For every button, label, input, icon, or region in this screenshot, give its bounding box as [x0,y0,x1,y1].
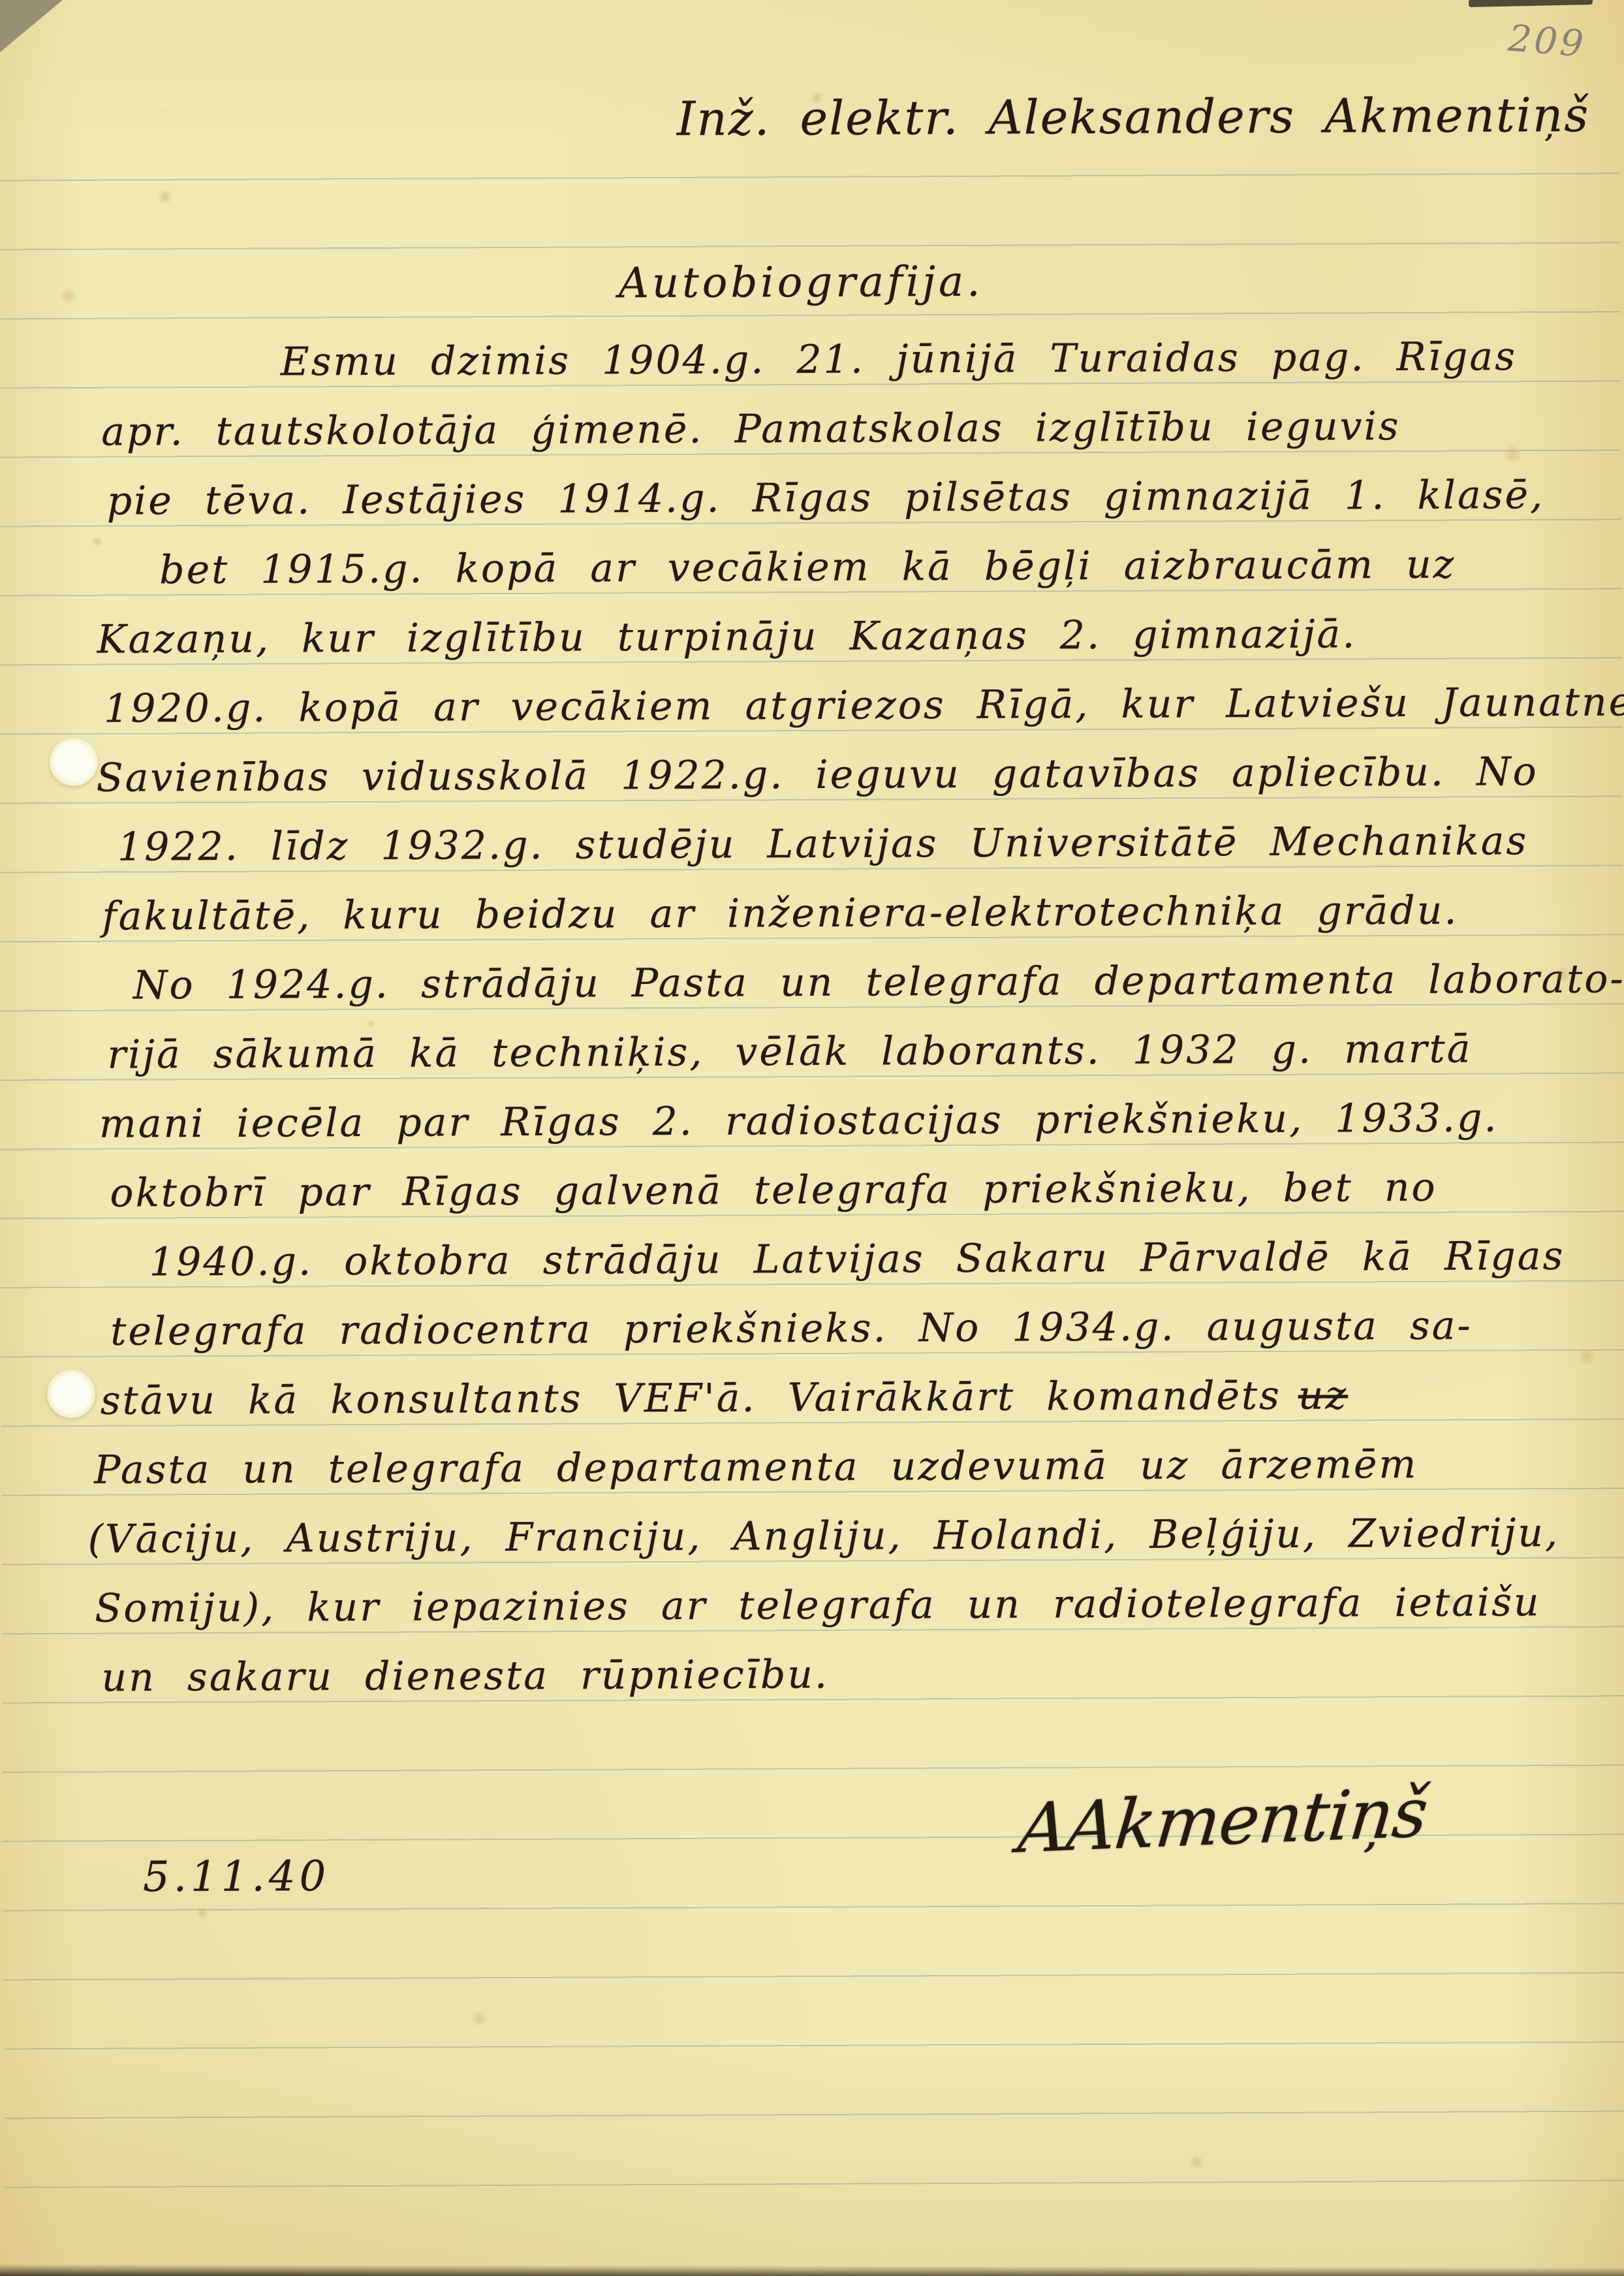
handwriting-line: pie tēva. Iestājies 1914.g. Rīgas pilsēt… [107,472,1545,524]
folded-corner [0,0,63,52]
scanned-document-page: 209 Inž. elektr. Aleksanders Akmentiņš A… [0,0,1624,2276]
handwriting-line: apr. tautskolotāja ģimenē. Pamatskolas i… [101,403,1401,455]
handwriting-line: mani iecēla par Rīgas 2. radiostacijas p… [99,1095,1499,1146]
handwriting-line: oktobrī par Rīgas galvenā telegrafa prie… [110,1165,1437,1216]
handwriting-line: 1922. līdz 1932.g. studēju Latvijas Univ… [117,818,1529,870]
author-header: Inž. elektr. Aleksanders Akmentiņš [677,92,1590,142]
handwriting-line: bet 1915.g. kopā ar vecākiem kā bēgļi ai… [159,542,1456,593]
handwriting-line: Savienības vidusskolā 1922.g. ieguvu gat… [96,749,1538,801]
handwriting-line: Kazaņu, kur izglītību turpināju Kazaņas … [97,611,1357,662]
handwriting-line: 1920.g. kopā ar vecākiem atgriezos Rīgā,… [104,679,1624,731]
handwriting-line: un sakaru dienesta rūpniecību. [101,1652,829,1701]
signature: AAkmentiņš [1016,1790,1429,1852]
document-title: Autobiografija. [619,259,984,306]
handwriting-line: No 1924.g. strādāju Pasta un telegrafa d… [133,956,1624,1009]
handwriting-line: telegrafa radiocentra priekšnieks. No 19… [110,1303,1473,1355]
handwriting-line: fakultātē, kuru beidzu ar inženiera-elek… [102,888,1458,940]
punch-hole [47,1370,95,1418]
handwriting-line: stāvu kā konsultants VEF'ā. Vairākkārt k… [101,1373,1281,1424]
date: 5.11.40 [143,1854,330,1900]
handwriting-line: Esmu dzimis 1904.g. 21. jūnijā Turaidas … [281,334,1517,385]
struck-word: uz [1298,1372,1349,1418]
handwriting-line: 1940.g. oktobra strādāju Latvijas Sakaru… [149,1233,1565,1285]
handwriting-line: Somiju), kur iepazinies ar telegrafa un … [95,1579,1541,1632]
page-number: 209 [1507,16,1587,68]
handwriting-line-with-strikeout: stāvu kā konsultants VEF'ā. Vairākkārt k… [101,1372,1349,1423]
handwriting-line: (Vāciju, Austriju, Franciju, Angliju, Ho… [88,1510,1560,1562]
punch-hole [50,738,98,786]
page-content: 209 Inž. elektr. Aleksanders Akmentiņš A… [0,0,1624,2276]
handwriting-line: rijā sākumā kā techniķis, vēlāk laborant… [107,1026,1472,1078]
handwriting-line: Pasta un telegrafa departamenta uzdevumā… [94,1442,1418,1493]
